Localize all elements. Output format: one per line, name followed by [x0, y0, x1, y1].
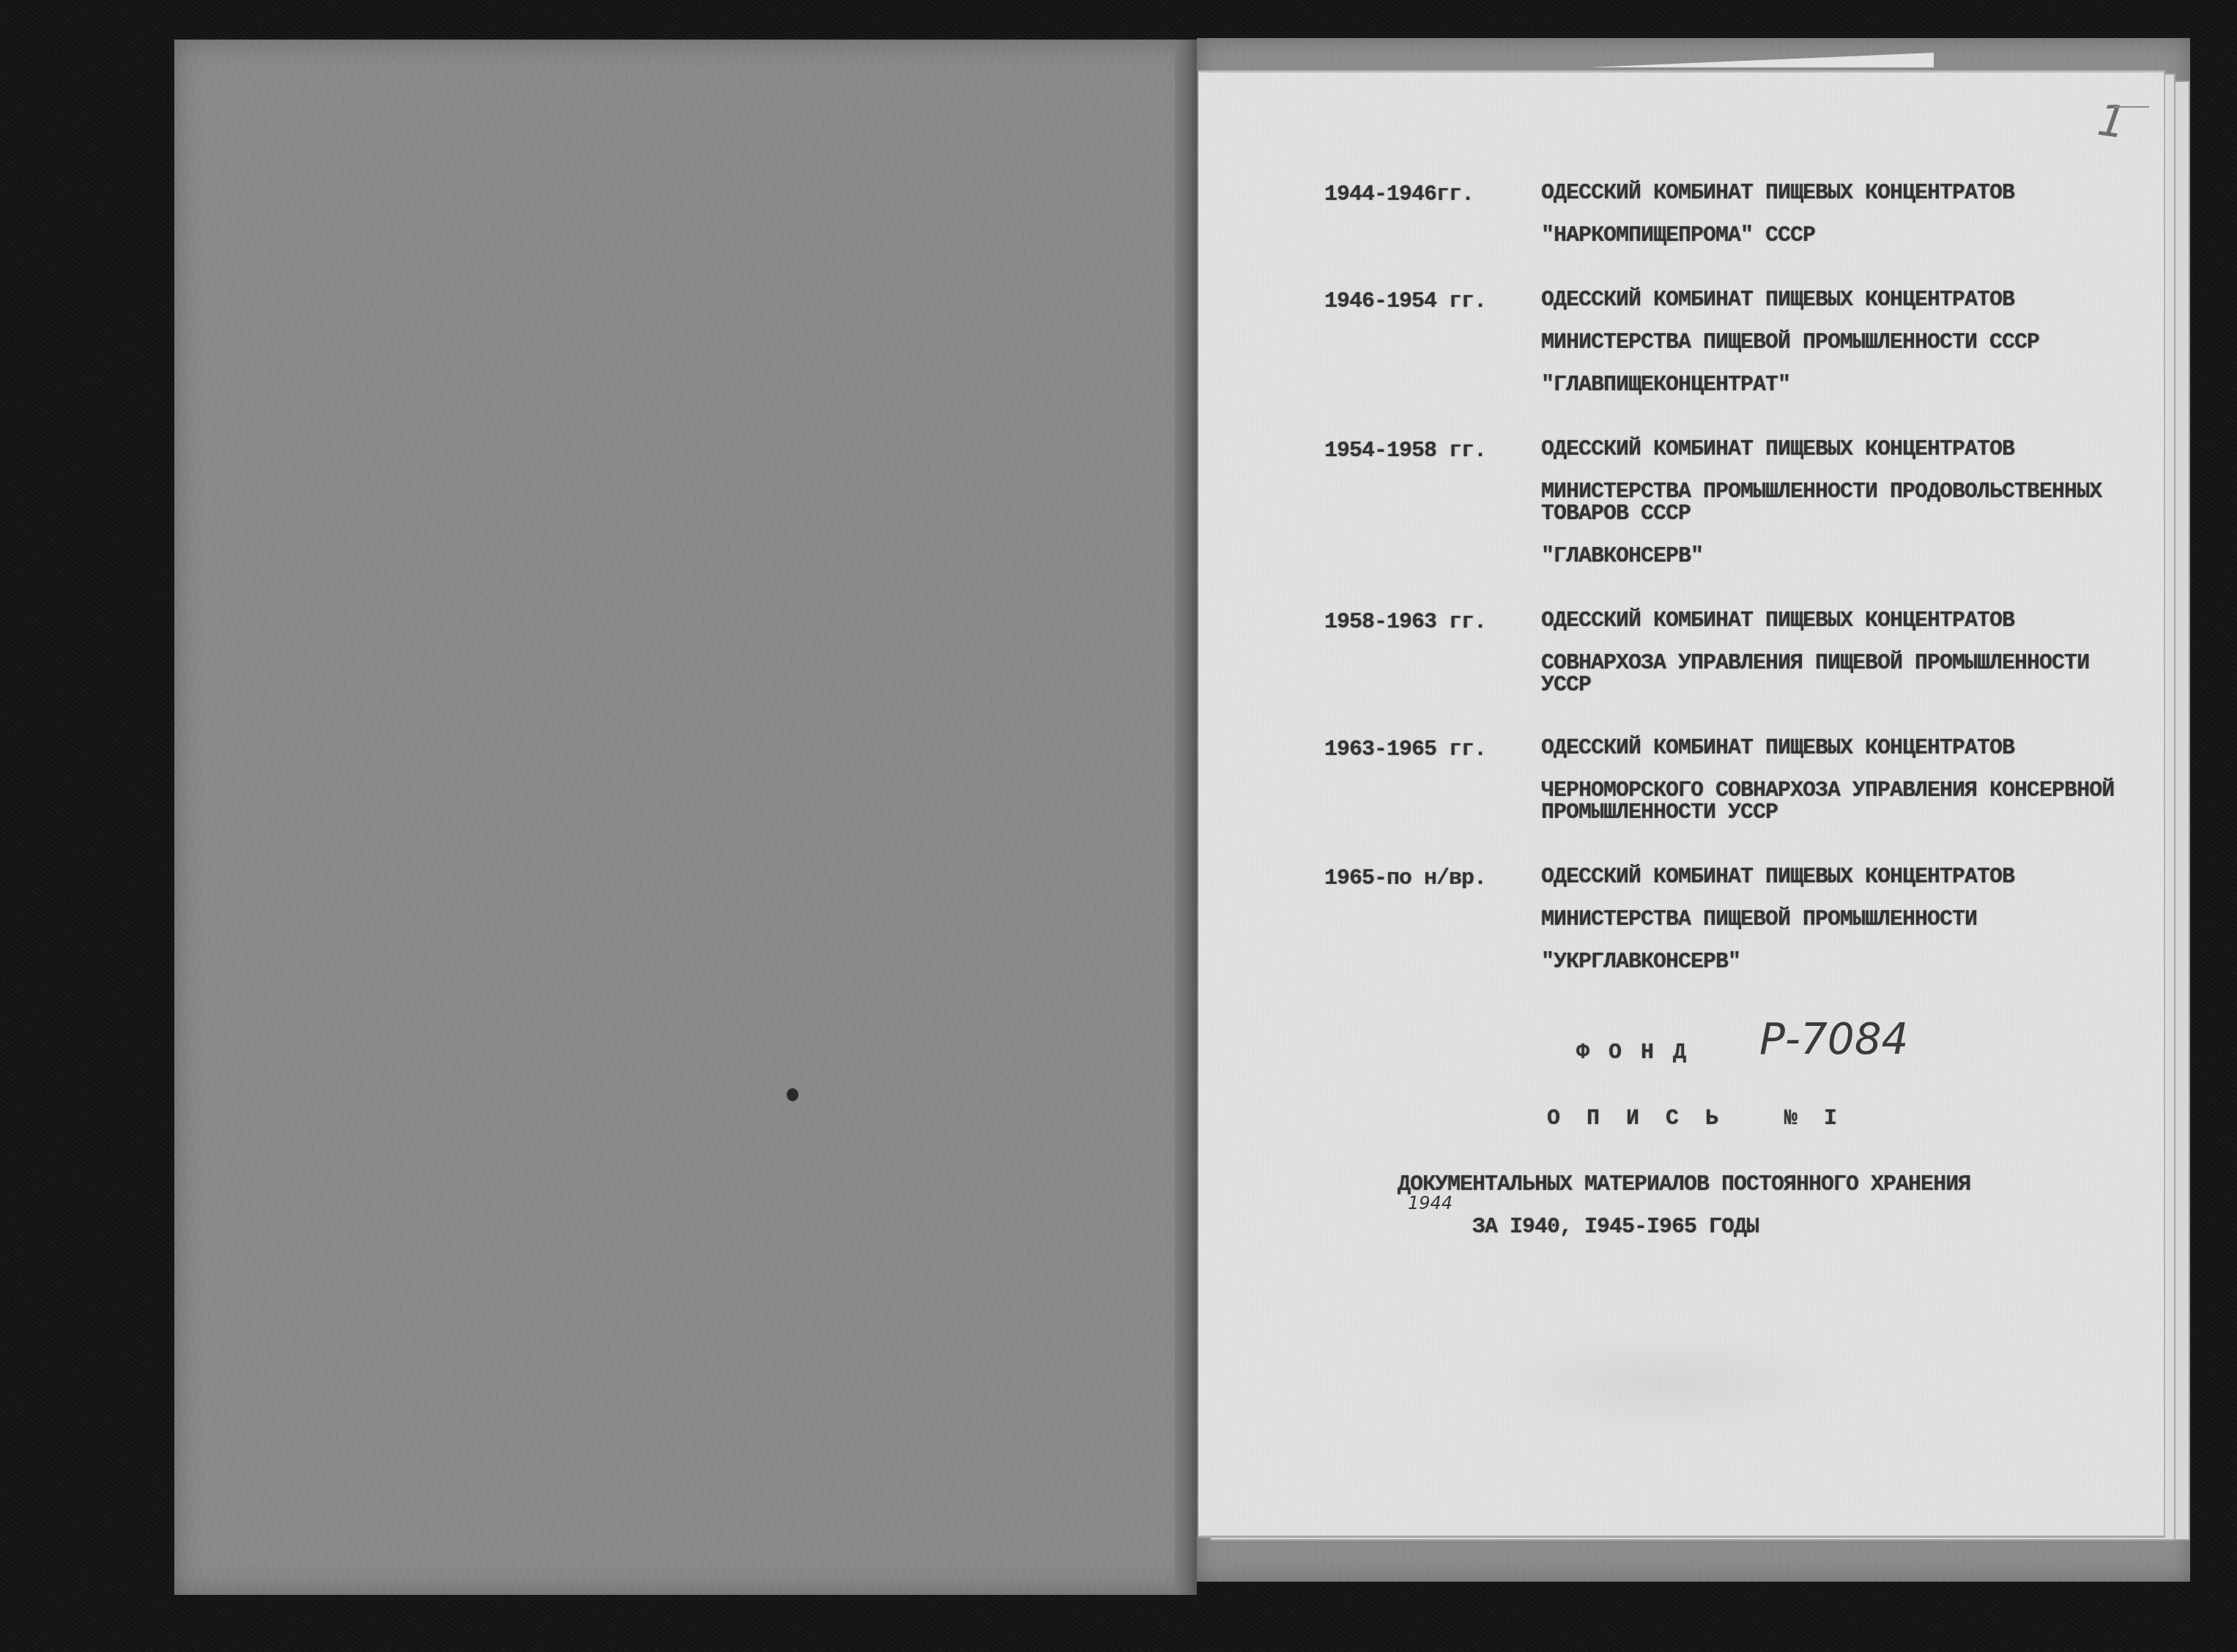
fond-label: ФОНД [1576, 1041, 1705, 1065]
title-page: 1 1944-1946гг. ОДЕССКИЙ КОМБИНАТ ПИЩЕВЫХ… [1198, 70, 2165, 1538]
org-line: ЧЕРНОМОРСКОГО СОВНАРХОЗА УПРАВЛЕНИЯ КОНС… [1541, 780, 2114, 802]
org-line: ОДЕССКИЙ КОМБИНАТ ПИЩЕВЫХ КОНЦЕНТРАТОВ [1541, 289, 2039, 332]
org-line: СОВНАРХОЗА УПРАВЛЕНИЯ ПИЩЕВОЙ ПРОМЫШЛЕНН… [1541, 652, 2089, 674]
bleed-through-text [1477, 1332, 1858, 1435]
org-line: МИНИСТЕРСТВА ПИЩЕВОЙ ПРОМЫШЛЕННОСТИ СССР [1541, 332, 2039, 374]
entry-organization: ОДЕССКИЙ КОМБИНАТ ПИЩЕВЫХ КОНЦЕНТРАТОВ М… [1541, 866, 2014, 994]
opis-heading: ОПИСЬ №I [1547, 1106, 1863, 1131]
org-line: "ГЛАВКОНСЕРВ" [1541, 546, 2101, 588]
org-line: ОДЕССКИЙ КОМБИНАТ ПИЩЕВЫХ КОНЦЕНТРАТОВ [1541, 737, 2114, 780]
org-line: ОДЕССКИЙ КОМБИНАТ ПИЩЕВЫХ КОНЦЕНТРАТОВ [1541, 182, 2014, 225]
org-line: "ГЛАВПИЩЕКОНЦЕНТРАТ" [1541, 374, 2039, 417]
entry-years: 1954-1958 гг. [1324, 439, 1486, 464]
folio-number: 1 [2094, 94, 2129, 149]
org-line: МИНИСТЕРСТВА ПРОМЫШЛЕННОСТИ ПРОДОВОЛЬСТВ… [1541, 481, 2101, 503]
folio-underline [2114, 106, 2149, 108]
org-line: ТОВАРОВ СССР [1541, 503, 2101, 546]
entry-organization: ОДЕССКИЙ КОМБИНАТ ПИЩЕВЫХ КОНЦЕНТРАТОВ М… [1541, 289, 2039, 417]
entry-years: 1963-1965 гг. [1324, 737, 1486, 762]
org-line: УССР [1541, 674, 2089, 717]
fond-handwritten-number: Р-7084 [1759, 1014, 1909, 1064]
entry-years: 1958-1963 гг. [1324, 610, 1486, 635]
org-line: ОДЕССКИЙ КОМБИНАТ ПИЩЕВЫХ КОНЦЕНТРАТОВ [1541, 439, 2101, 481]
entry-organization: ОДЕССКИЙ КОМБИНАТ ПИЩЕВЫХ КОНЦЕНТРАТОВ С… [1541, 610, 2089, 717]
org-line: ОДЕССКИЙ КОМБИНАТ ПИЩЕВЫХ КОНЦЕНТРАТОВ [1541, 610, 2089, 652]
cover-stain [787, 1088, 798, 1101]
entry-years: 1965-по н/вр. [1324, 866, 1486, 891]
handwritten-year-insert: 1944 [1408, 1193, 1453, 1213]
description-line-1: ДОКУМЕНТАЛЬНЫХ МАТЕРИАЛОВ ПОСТОЯННОГО ХР… [1398, 1172, 1970, 1197]
spine-edge [1175, 40, 1197, 1595]
entry-organization: ОДЕССКИЙ КОМБИНАТ ПИЩЕВЫХ КОНЦЕНТРАТОВ Ч… [1541, 737, 2114, 844]
entry-organization: ОДЕССКИЙ КОМБИНАТ ПИЩЕВЫХ КОНЦЕНТРАТОВ М… [1541, 439, 2101, 588]
org-line: "УКРГЛАВКОНСЕРВ" [1541, 951, 2014, 994]
entry-years: 1946-1954 гг. [1324, 289, 1486, 314]
org-line: ОДЕССКИЙ КОМБИНАТ ПИЩЕВЫХ КОНЦЕНТРАТОВ [1541, 866, 2014, 909]
description-line-2: ЗА I940, I945-I965 ГОДЫ [1472, 1215, 1759, 1240]
left-cover-board [174, 40, 1197, 1595]
org-line: МИНИСТЕРСТВА ПИЩЕВОЙ ПРОМЫШЛЕННОСТИ [1541, 909, 2014, 951]
org-line: ПРОМЫШЛЕННОСТИ УССР [1541, 802, 2114, 844]
entry-organization: ОДЕССКИЙ КОМБИНАТ ПИЩЕВЫХ КОНЦЕНТРАТОВ "… [1541, 182, 2014, 267]
entry-years: 1944-1946гг. [1324, 182, 1474, 207]
org-line: "НАРКОМПИЩЕПРОМА" СССР [1541, 225, 2014, 267]
fond-heading: ФОНД Р-7084 [1576, 1041, 1705, 1065]
